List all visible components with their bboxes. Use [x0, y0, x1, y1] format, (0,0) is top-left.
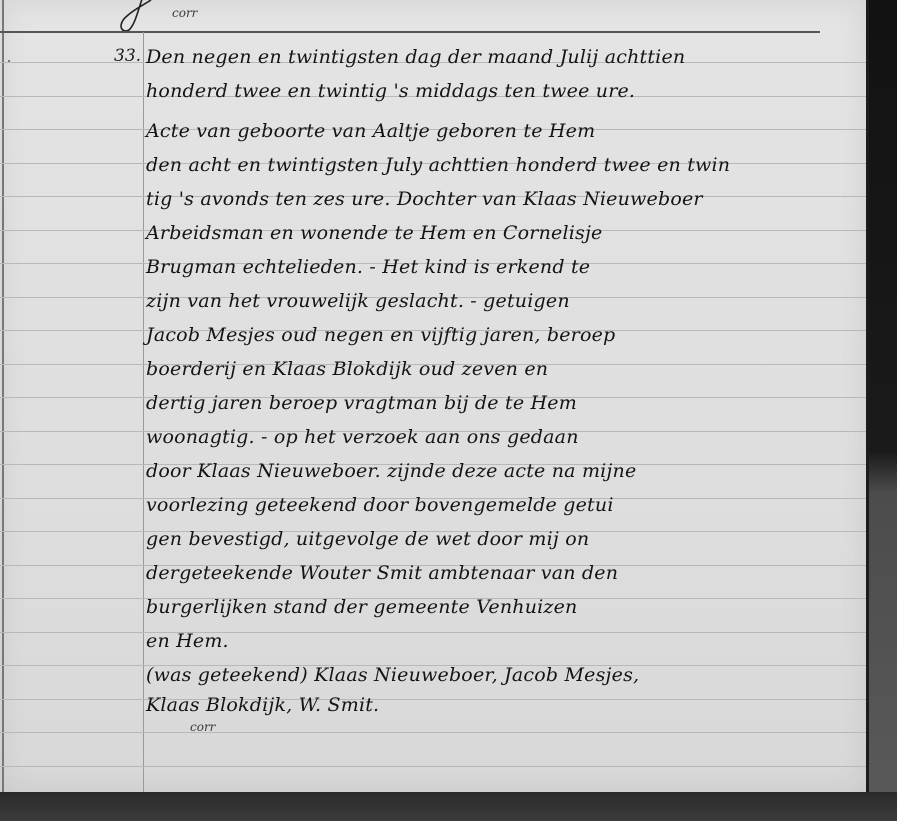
text-line: dertig jaren beroep vragtman bij de te H… — [146, 390, 577, 416]
correction-note-top: corr — [172, 6, 197, 20]
page-left-edge — [2, 0, 4, 792]
text-line: Den negen en twintigsten dag der maand J… — [146, 44, 685, 70]
text-line: Jacob Mesjes oud negen en vijftig jaren,… — [146, 322, 615, 348]
text-line: gen bevestigd, uitgevolge de wet door mi… — [146, 526, 589, 552]
text-line: zijn van het vrouwelijk geslacht. - getu… — [146, 288, 570, 314]
scan-bottom-border — [0, 792, 897, 821]
text-line: voorlezing geteekend door bovengemelde g… — [146, 492, 614, 518]
ruled-line — [0, 632, 866, 633]
text-line: door Klaas Nieuweboer. zijnde deze acte … — [146, 458, 636, 484]
margin-line — [143, 32, 144, 792]
header-rule — [0, 31, 820, 33]
text-line: Brugman echtelieden. - Het kind is erken… — [146, 254, 590, 280]
text-line: Arbeidsman en wonende te Hem en Cornelis… — [146, 220, 603, 246]
text-line: tig 's avonds ten zes ure. Dochter van K… — [146, 186, 703, 212]
register-page: corr 33. Den negen en twintigsten dag de… — [0, 0, 869, 792]
text-line: den acht en twintigsten July achttien ho… — [146, 152, 730, 178]
entry-number: 33. — [114, 46, 141, 66]
text-line: honderd twee en twintig 's middags ten t… — [146, 78, 635, 104]
ruled-line — [0, 699, 866, 700]
ruled-line — [0, 732, 866, 733]
text-line: (was geteekend) Klaas Nieuweboer, Jacob … — [146, 662, 639, 688]
correction-note-bottom: corr — [190, 720, 215, 734]
text-line: Acte van geboorte van Aaltje geboren te … — [146, 118, 595, 144]
scan-right-border — [869, 0, 897, 821]
text-line: en Hem. — [146, 628, 229, 654]
text-line: boerderij en Klaas Blokdijk oud zeven en — [146, 356, 548, 382]
text-line: dergeteekende Wouter Smit ambtenaar van … — [146, 560, 618, 586]
previous-entry-flourish — [115, 0, 155, 34]
ruled-line — [0, 766, 866, 767]
text-line: woonagtig. - op het verzoek aan ons geda… — [146, 424, 579, 450]
text-line: Klaas Blokdijk, W. Smit. — [146, 692, 379, 718]
text-line: burgerlijken stand der gemeente Venhuize… — [146, 594, 578, 620]
